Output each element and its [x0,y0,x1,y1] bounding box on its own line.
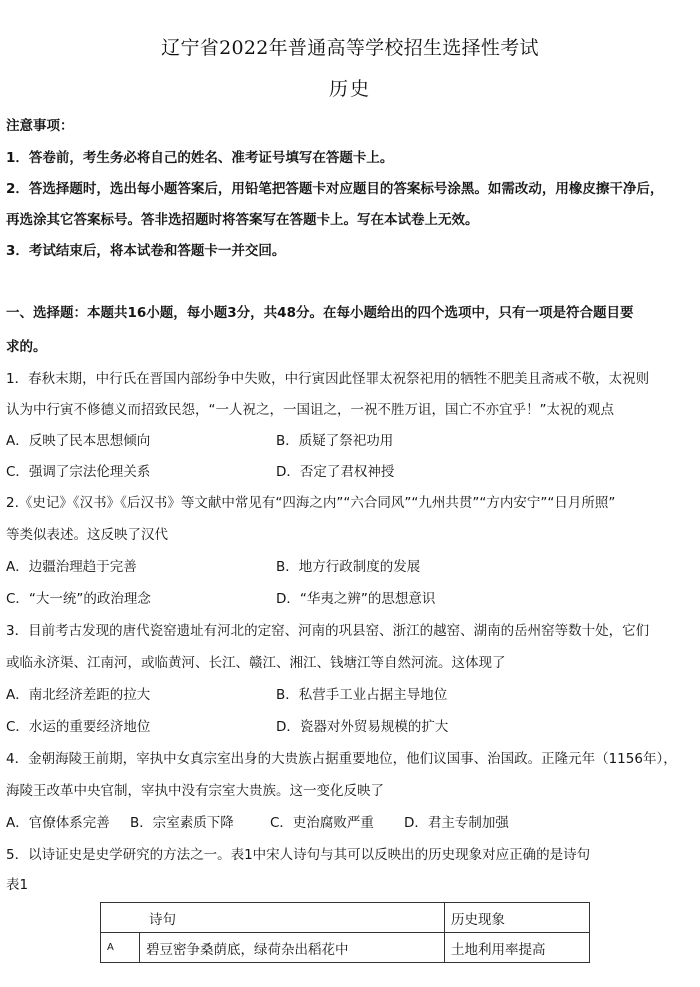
question-2-stem: 2.《史记》《汉书》《后汉书》等文献中常见有“四海之内”“六合同风”“九州共贯”… [6,494,615,512]
question-3-option-d: D．瓷器对外贸易规模的扩大 [276,718,448,736]
question-1-option-b: B．质疑了祭祀功用 [276,432,393,450]
notice-item-3: 3．考试结束后，将本试卷和答题卡一并交回。 [6,242,285,260]
question-1-option-a: A．反映了民本思想倾向 [6,432,150,450]
table-row: A 碧豆密争桑荫底，绿荷杂出稻花中 土地利用率提高 [101,933,590,963]
subject-title: 历史 [0,74,700,101]
question-5-stem: 5．以诗证史是史学研究的方法之一。表1中宋人诗句与其可以反映出的历史现象对应正确… [6,846,590,864]
question-4-stem: 4．金朝海陵王前期，宰执中女真宗室出身的大贵族占据重要地位，他们议国事、治国政。… [6,750,677,768]
exam-title: 辽宁省2022年普通高等学校招生选择性考试 [0,33,700,60]
question-1-option-d: D．否定了君权神授 [276,463,394,481]
question-3-stem-cont: 或临永济渠、江南河，或临黄河、长江、赣江、湘江、钱塘江等自然河流。这体现了 [6,654,506,672]
question-2-option-a: A．边疆治理趋于完善 [6,558,137,576]
row-poem: 碧豆密争桑荫底，绿荷杂出稻花中 [140,933,445,963]
poem-table: 诗句 历史现象 A 碧豆密争桑荫底，绿荷杂出稻花中 土地利用率提高 [100,902,590,963]
section-heading: 一、选择题：本题共16小题，每小题3分，共48分。在每小题给出的四个选项中，只有… [6,304,633,322]
question-3-option-c: C．水运的重要经济地位 [6,718,150,736]
header-poem: 诗句 [101,903,445,933]
table-caption: 表1 [6,876,28,894]
notice-item-2-cont: 再选涂其它答案标号。答非选招题时将答案写在答题卡上。写在本试卷上无效。 [6,211,479,229]
question-4-option-a: A．官僚体系完善 [6,814,110,832]
question-4-option-b: B．宗室素质下降 [130,814,234,832]
question-3-option-a: A．南北经济差距的拉大 [6,686,150,704]
question-1-stem-cont: 认为中行寅不修德义而招致民怨，“一人祝之，一国诅之，一祝不胜万诅，国亡不亦宜乎！… [6,401,614,419]
question-2-option-c: C．“大一统”的政治理念 [6,590,151,608]
notice-heading: 注意事项： [6,117,74,135]
question-2-stem-cont: 等类似表述。这反映了汉代 [6,526,168,544]
question-2-option-d: D．“华夷之辨”的思想意识 [276,590,435,608]
question-2-option-b: B．地方行政制度的发展 [276,558,420,576]
row-phenomenon: 土地利用率提高 [445,933,590,963]
notice-item-2: 2．答选择题时，选出每小题答案后，用铅笔把答题卡对应题目的答案标号涂黑。如需改动… [6,180,663,198]
question-4-option-d: D．君主专制加强 [404,814,509,832]
question-4-stem-cont: 海陵王改革中央官制，宰执中没有宗室大贵族。这一变化反映了 [6,782,384,800]
exam-page: 辽宁省2022年普通高等学校招生选择性考试 历史 注意事项： 1．答卷前，考生务… [0,0,700,987]
table-header-row: 诗句 历史现象 [101,903,590,933]
question-4-option-c: C．吏治腐败严重 [270,814,374,832]
question-1-stem: 1．春秋末期，中行氏在晋国内部纷争中失败，中行寅因此怪罪太祝祭祀用的牺牲不肥美且… [6,370,649,388]
question-3-stem: 3．目前考古发现的唐代瓷窑遗址有河北的定窑、河南的巩县窑、浙江的越窑、湖南的岳州… [6,622,649,640]
notice-item-1: 1．答卷前，考生务必将自己的姓名、准考证号填写在答题卡上。 [6,149,393,167]
section-heading-cont: 求的。 [6,338,47,356]
row-letter: A [101,933,140,963]
question-1-option-c: C．强调了宗法伦理关系 [6,463,150,481]
header-phenomenon: 历史现象 [445,903,590,933]
question-3-option-b: B．私营手工业占据主导地位 [276,686,447,704]
